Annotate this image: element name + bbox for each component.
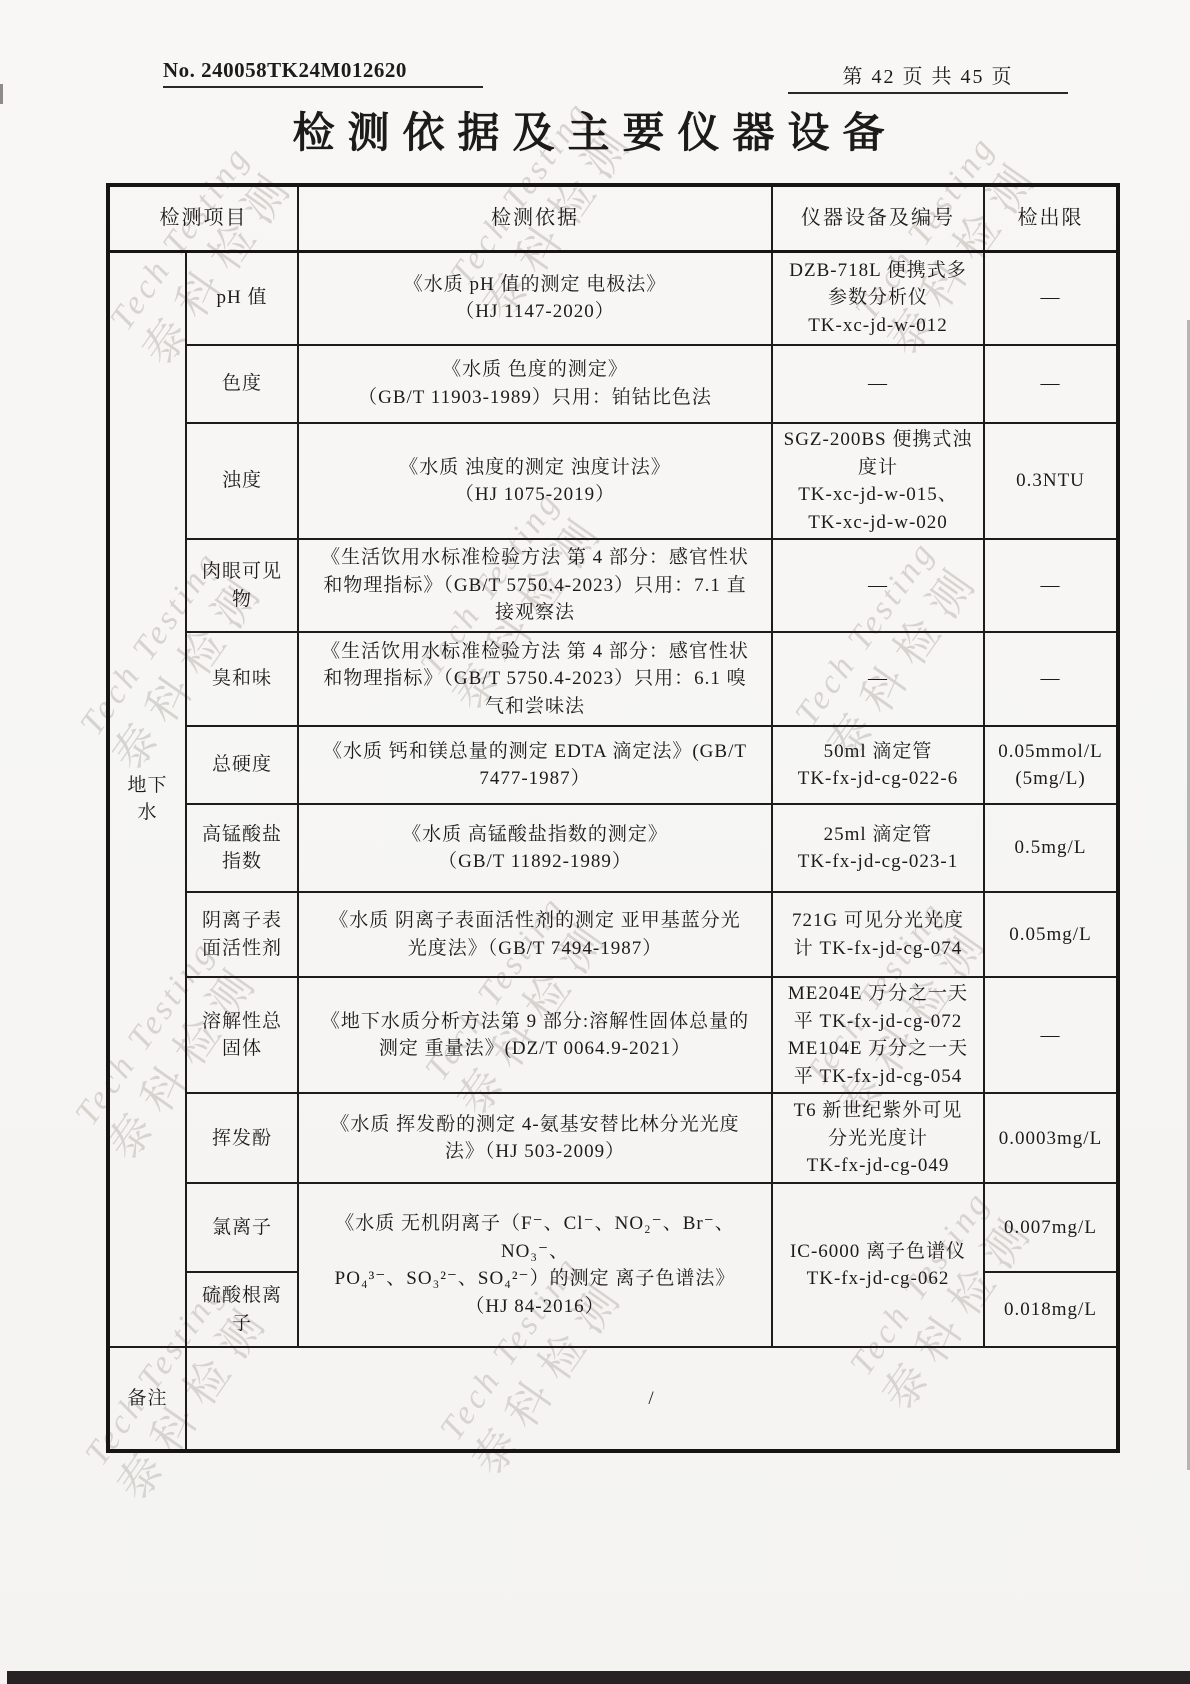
cell-instrument: —	[772, 539, 984, 632]
col-header-instrument: 仪器设备及编号	[772, 185, 984, 251]
cell-item: 溶解性总 固体	[186, 977, 298, 1093]
cell-basis: 《水质 色度的测定》 （GB/T 11903-1989）只用：铂钴比色法	[298, 345, 772, 423]
cell-remark-value: /	[186, 1347, 1118, 1451]
instruments-table: 检测项目 检测依据 仪器设备及编号 检出限 地下 水 pH 值 《水质 pH 值…	[106, 183, 1120, 1453]
cell-item: 硫酸根离 子	[186, 1272, 298, 1347]
document-number: No. 240058TK24M012620	[163, 58, 483, 88]
row-visible-matter: 肉眼可见 物 《生活饮用水标准检验方法 第 4 部分：感官性状 和物理指标》（G…	[108, 539, 1118, 632]
cell-instrument: 721G 可见分光光度 计 TK-fx-jd-cg-074	[772, 892, 984, 977]
table-header-row: 检测项目 检测依据 仪器设备及编号 检出限	[108, 185, 1118, 251]
cell-basis: 《地下水质分析方法第 9 部分:溶解性固体总量的 测定 重量法》(DZ/T 00…	[298, 977, 772, 1093]
document-page: Tech Testing泰科检测Tech Testing泰科检测Tech Tes…	[0, 0, 1190, 1684]
col-header-test-item: 检测项目	[108, 185, 298, 251]
cell-instrument: —	[772, 632, 984, 726]
cell-item: pH 值	[186, 251, 298, 345]
row-ph-value: 地下 水 pH 值 《水质 pH 值的测定 电极法》 （HJ 1147-2020…	[108, 251, 1118, 345]
cell-item: 肉眼可见 物	[186, 539, 298, 632]
row-chloride-ion: 氯离子 《水质 无机阴离子（F⁻、Cl⁻、NO₂⁻、Br⁻、NO₃⁻、 PO₄³…	[108, 1183, 1118, 1272]
row-total-hardness: 总硬度 《水质 钙和镁总量的测定 EDTA 滴定法》(GB/T 7477-198…	[108, 726, 1118, 804]
cell-basis: 《水质 浊度的测定 浊度计法》 （HJ 1075-2019）	[298, 423, 772, 539]
cell-instrument: 50ml 滴定管 TK-fx-jd-cg-022-6	[772, 726, 984, 804]
cell-item: 高锰酸盐 指数	[186, 804, 298, 892]
cell-instrument: DZB-718L 便携式多 参数分析仪 TK-xc-jd-w-012	[772, 251, 984, 345]
cell-basis: 《水质 无机阴离子（F⁻、Cl⁻、NO₂⁻、Br⁻、NO₃⁻、 PO₄³⁻、SO…	[298, 1183, 772, 1347]
cell-category-groundwater: 地下 水	[108, 251, 186, 1347]
cell-instrument: —	[772, 345, 984, 423]
cell-basis: 《水质 高锰酸盐指数的测定》 （GB/T 11892-1989）	[298, 804, 772, 892]
cell-limit: 0.3NTU	[984, 423, 1118, 539]
cell-instrument: IC-6000 离子色谱仪 TK-fx-jd-cg-062	[772, 1183, 984, 1347]
cell-limit: —	[984, 977, 1118, 1093]
cell-basis: 《水质 pH 值的测定 电极法》 （HJ 1147-2020）	[298, 251, 772, 345]
row-anionic-surfactant: 阴离子表 面活性剂 《水质 阴离子表面活性剂的测定 亚甲基蓝分光 光度法》（GB…	[108, 892, 1118, 977]
cell-limit: —	[984, 632, 1118, 726]
row-chroma: 色度 《水质 色度的测定》 （GB/T 11903-1989）只用：铂钴比色法 …	[108, 345, 1118, 423]
cell-item: 总硬度	[186, 726, 298, 804]
row-turbidity: 浊度 《水质 浊度的测定 浊度计法》 （HJ 1075-2019） SGZ-20…	[108, 423, 1118, 539]
scan-artifact-left-edge	[0, 84, 3, 104]
cell-instrument: SGZ-200BS 便携式浊 度计 TK-xc-jd-w-015、 TK-xc-…	[772, 423, 984, 539]
cell-limit: —	[984, 345, 1118, 423]
cell-limit: 0.05mg/L	[984, 892, 1118, 977]
row-remark: 备注 /	[108, 1347, 1118, 1451]
cell-limit: 0.5mg/L	[984, 804, 1118, 892]
cell-limit: —	[984, 251, 1118, 345]
cell-limit: 0.007mg/L	[984, 1183, 1118, 1272]
cell-item: 臭和味	[186, 632, 298, 726]
row-total-dissolved-solids: 溶解性总 固体 《地下水质分析方法第 9 部分:溶解性固体总量的 测定 重量法》…	[108, 977, 1118, 1093]
cell-limit: —	[984, 539, 1118, 632]
cell-basis: 《生活饮用水标准检验方法 第 4 部分：感官性状 和物理指标》（GB/T 575…	[298, 632, 772, 726]
cell-basis: 《水质 阴离子表面活性剂的测定 亚甲基蓝分光 光度法》（GB/T 7494-19…	[298, 892, 772, 977]
row-odor-taste: 臭和味 《生活饮用水标准检验方法 第 4 部分：感官性状 和物理指标》（GB/T…	[108, 632, 1118, 726]
col-header-test-basis: 检测依据	[298, 185, 772, 251]
cell-item: 色度	[186, 345, 298, 423]
cell-item: 浊度	[186, 423, 298, 539]
cell-item: 阴离子表 面活性剂	[186, 892, 298, 977]
cell-instrument: ME204E 万分之一天 平 TK-fx-jd-cg-072 ME104E 万分…	[772, 977, 984, 1093]
cell-item: 氯离子	[186, 1183, 298, 1272]
cell-remark-label: 备注	[108, 1347, 186, 1451]
col-header-detection-limit: 检出限	[984, 185, 1118, 251]
cell-limit: 0.018mg/L	[984, 1272, 1118, 1347]
cell-limit: 0.05mmol/L (5mg/L)	[984, 726, 1118, 804]
row-volatile-phenol: 挥发酚 《水质 挥发酚的测定 4-氨基安替比林分光光度 法》（HJ 503-20…	[108, 1093, 1118, 1183]
cell-item: 挥发酚	[186, 1093, 298, 1183]
cell-basis: 《生活饮用水标准检验方法 第 4 部分：感官性状 和物理指标》（GB/T 575…	[298, 539, 772, 632]
row-permanganate-index: 高锰酸盐 指数 《水质 高锰酸盐指数的测定》 （GB/T 11892-1989）…	[108, 804, 1118, 892]
page-title: 检测依据及主要仪器设备	[0, 100, 1190, 160]
cell-instrument: 25ml 滴定管 TK-fx-jd-cg-023-1	[772, 804, 984, 892]
scan-artifact-bottom-bar	[7, 1671, 1190, 1684]
cell-limit: 0.0003mg/L	[984, 1093, 1118, 1183]
cell-basis: 《水质 钙和镁总量的测定 EDTA 滴定法》(GB/T 7477-1987）	[298, 726, 772, 804]
cell-basis: 《水质 挥发酚的测定 4-氨基安替比林分光光度 法》（HJ 503-2009）	[298, 1093, 772, 1183]
page-number-info: 第 42 页 共 45 页	[788, 60, 1068, 94]
cell-instrument: T6 新世纪紫外可见 分光光度计 TK-fx-jd-cg-049	[772, 1093, 984, 1183]
